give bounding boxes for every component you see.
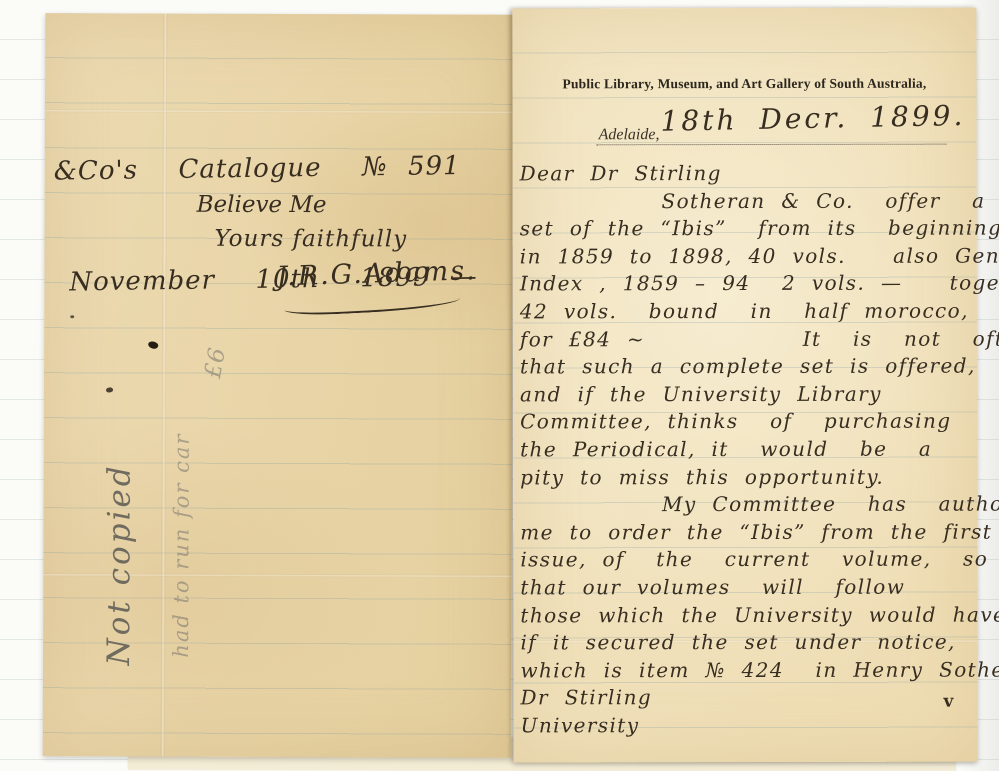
letter-body-line: Committee, thinks of purchasing <box>520 408 972 436</box>
letter-body-line: and if the University Library <box>520 380 972 408</box>
letter-body-line: me to order the “Ibis” from the first <box>520 518 972 546</box>
ink-spot <box>105 387 113 394</box>
letter-body-line: that our volumes will follow <box>520 574 972 602</box>
date-dotted-line <box>597 144 947 146</box>
letter-body-line: those which the University would have <box>520 601 972 629</box>
left-page: &Co's Catalogue № 591 for November 10th … <box>43 13 514 758</box>
closing-line-believe-me: Believe Me <box>197 192 327 218</box>
handwritten-date: 18th Decr. 1899. <box>660 99 965 138</box>
date-row: Adelaide, 18th Decr. 1899. <box>513 104 977 155</box>
letter-body-line: Dr Stirling <box>521 684 973 712</box>
pencil-note-secondary: had to run for car <box>169 432 194 657</box>
closing-line-yours-faithfully: Yours faithfully <box>214 226 407 253</box>
closing-block: Believe Me Yours faithfully J.R.G.Adams. <box>45 13 513 15</box>
caret-mark: v <box>944 692 954 712</box>
letter-body-line: Index , 1859 – 94 2 vols. — together <box>520 270 972 298</box>
letter-body-line: My Committee has authorised <box>520 491 972 519</box>
catalogue-note: &Co's Catalogue № 591 for November 10th … <box>53 73 565 376</box>
letter-body-line: set of the “Ibis” from its beginning <box>520 215 972 243</box>
letter-body-line: the Periodical, it would be a <box>520 436 972 464</box>
letter-body-line: if it secured the set under notice, <box>520 629 972 657</box>
letter-body: Dear Dr Stirling Sotheran & Co. offer a … <box>520 160 973 740</box>
letter-body-line: which is item № 424 in Henry Sotheran <box>520 656 972 684</box>
letter-body-line: that such a complete set is offered, <box>520 353 972 381</box>
scanned-letter: &Co's Catalogue № 591 for November 10th … <box>0 0 999 771</box>
letter-body-line: for £84 ~ It is not often <box>520 325 972 353</box>
letter-body-line: University <box>521 711 973 739</box>
letter-body-line: 42 vols. bound in half morocco, <box>520 298 972 326</box>
signature: J.R.G.Adams. <box>276 255 477 292</box>
pencil-note-amount: £6 <box>200 345 231 380</box>
letterhead: Public Library, Museum, and Art Gallery … <box>512 76 976 93</box>
letter-body-line: in 1859 to 1898, 40 vols. also General <box>520 242 972 270</box>
letter-body-line: issue, of the current volume, so <box>520 546 972 574</box>
pencil-note-not-copied: Not copied <box>101 463 138 665</box>
place-label: Adelaide, <box>599 126 660 144</box>
right-page: Public Library, Museum, and Art Gallery … <box>512 8 977 763</box>
catalogue-note-line1: &Co's Catalogue № 591 for <box>54 147 563 191</box>
letter-body-line: Dear Dr Stirling <box>520 160 972 188</box>
letter-body-line: Sotheran & Co. offer a complete <box>520 187 972 215</box>
letter-body-line: pity to miss this opportunity. <box>520 463 972 491</box>
